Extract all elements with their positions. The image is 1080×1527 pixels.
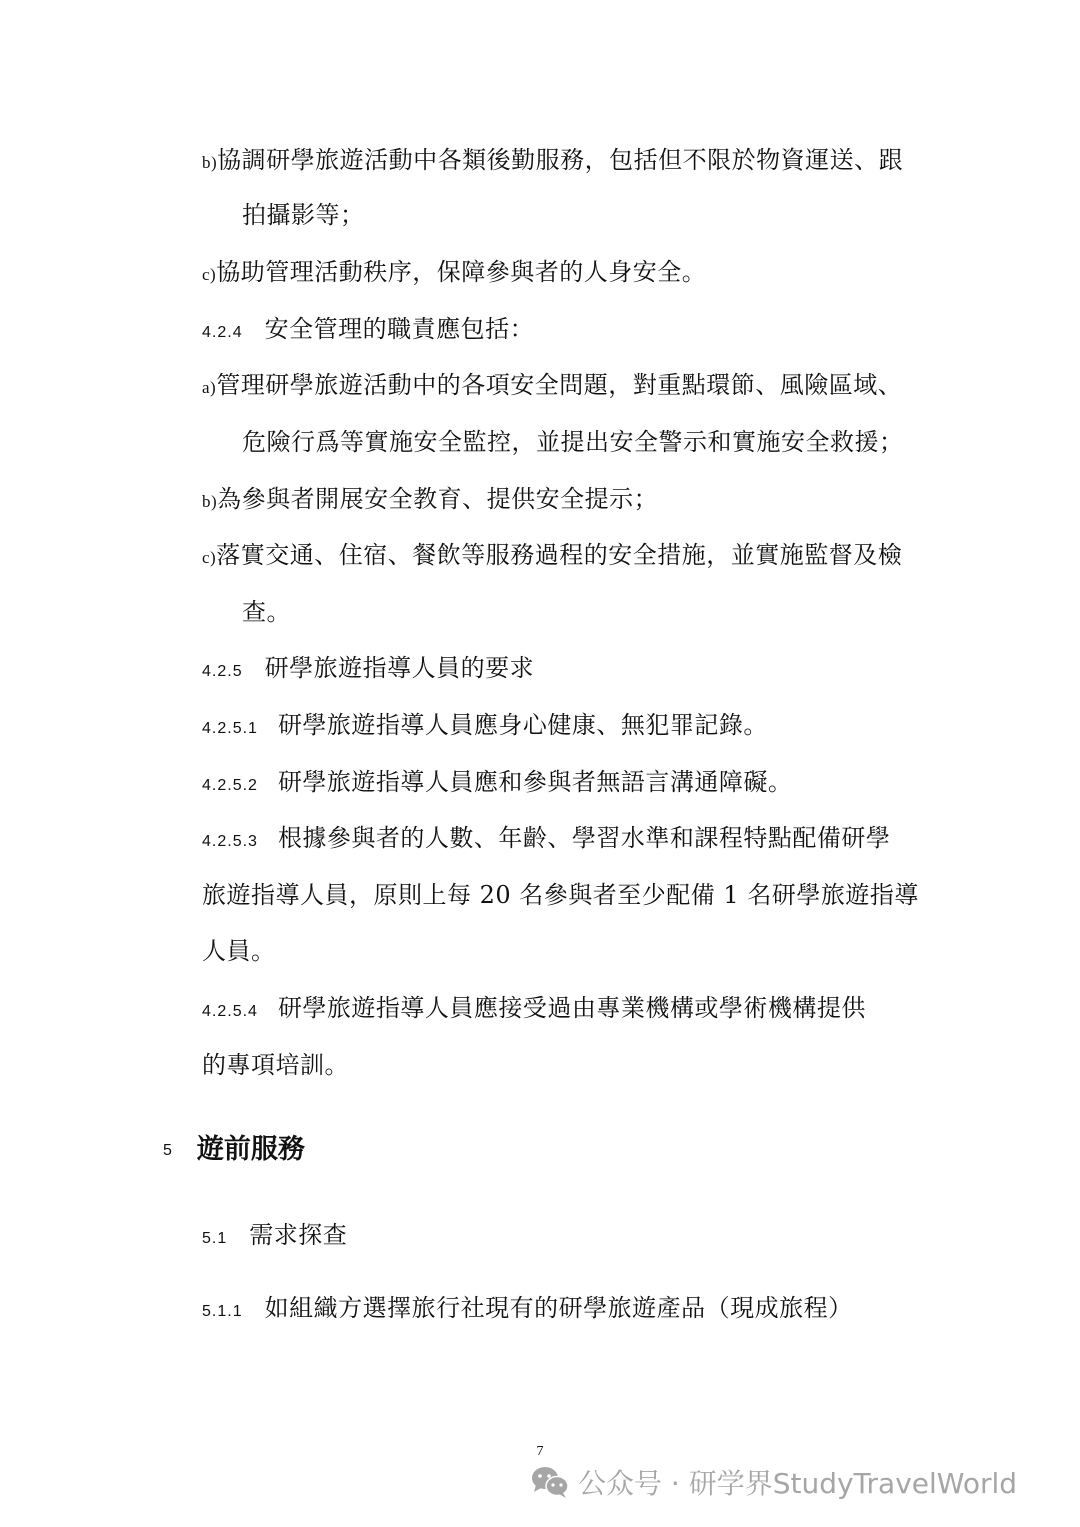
paragraph-text: 協助管理活動秩序，保障參與者的人身安全。 (216, 258, 706, 286)
clause-4-2-5-3: 4.2.5.3根據參與者的人數、年齡、學習水準和課程特點配備研學 (202, 823, 890, 857)
paragraph-text: 協調研學旅遊活動中各類後勤服務，包括但不限於物資運送、跟 (217, 146, 903, 174)
list-item-continuation: 危險行爲等實施安全監控，並提出安全警示和實施安全救援； (242, 427, 904, 457)
clause-number: 5.1 (202, 1224, 227, 1254)
clause-text: 安全管理的職責應包括： (265, 315, 535, 343)
clause-text: 根據參與者的人數、年齡、學習水準和課程特點配備研學 (278, 824, 891, 852)
clause-text: 研學旅遊指導人員應接受過由專業機構或學術機構提供 (278, 994, 866, 1022)
clause-text: 旅遊指導人員，原則上每 20 名參與者至少配備 1 名研學旅遊指導 (202, 881, 919, 909)
list-item-b-education: b)為參與者開展安全教育、提供安全提示； (202, 484, 658, 517)
list-item-continuation: 拍攝影等； (242, 200, 365, 230)
list-item-b-logistics: b)協調研學旅遊活動中各類後勤服務，包括但不限於物資運送、跟 (202, 145, 903, 178)
clause-5-1-1: 5.1.1如組織方選擇旅行社現有的研學旅遊產品（現成旅程） (202, 1293, 853, 1327)
section-number: 5 (163, 1134, 173, 1168)
clause-number: 4.2.5.1 (202, 714, 258, 744)
clause-text: 研學旅遊指導人員應和參與者無語言溝通障礙。 (278, 768, 793, 796)
clause-number: 4.2.5 (202, 657, 243, 687)
clause-text: 研學旅遊指導人員應身心健康、無犯罪記錄。 (278, 711, 768, 739)
clause-text: 的專項培訓。 (202, 1051, 349, 1079)
clause-text: 人員。 (202, 937, 276, 965)
clause-4-2-5-1: 4.2.5.1研學旅遊指導人員應身心健康、無犯罪記錄。 (202, 710, 768, 744)
section-heading-5: 5遊前服務 (163, 1133, 305, 1168)
list-marker: b) (202, 153, 217, 172)
list-marker: c) (202, 265, 216, 284)
list-item-continuation: 查。 (242, 597, 291, 627)
clause-number: 4.2.5.3 (202, 827, 258, 857)
section-title: 遊前服務 (197, 1134, 305, 1165)
list-marker: a) (202, 378, 216, 397)
paragraph-text: 危險行爲等實施安全監控，並提出安全警示和實施安全救援； (242, 428, 904, 456)
paragraph-text: 查。 (242, 598, 291, 626)
clause-4-2-5: 4.2.5研學旅遊指導人員的要求 (202, 653, 534, 687)
clause-number: 5.1.1 (202, 1297, 243, 1327)
list-item-c-order: c)協助管理活動秩序，保障參與者的人身安全。 (202, 257, 706, 290)
list-item-a-safety: a)管理研學旅遊活動中的各項安全問題，對重點環節、風險區域、 (202, 370, 902, 403)
clause-number: 4.2.5.4 (202, 997, 258, 1027)
clause-continuation: 人員。 (202, 936, 276, 966)
list-marker: c) (202, 548, 216, 567)
paragraph-text: 拍攝影等； (242, 201, 365, 229)
wechat-icon (530, 1465, 570, 1499)
clause-number: 4.2.4 (202, 318, 243, 348)
paragraph-text: 管理研學旅遊活動中的各項安全問題，對重點環節、風險區域、 (216, 371, 902, 399)
clause-5-1: 5.1需求探查 (202, 1220, 347, 1254)
list-marker: b) (202, 492, 217, 511)
paragraph-text: 為參與者開展安全教育、提供安全提示； (217, 485, 658, 513)
wechat-watermark: 公众号 · 研学界StudyTravelWorld (530, 1462, 1017, 1502)
watermark-text: 公众号 · 研学界StudyTravelWorld (578, 1462, 1017, 1502)
clause-4-2-4: 4.2.4安全管理的職責應包括： (202, 314, 534, 348)
clause-4-2-5-2: 4.2.5.2研學旅遊指導人員應和參與者無語言溝通障礙。 (202, 767, 792, 801)
clause-text: 如組織方選擇旅行社現有的研學旅遊產品（現成旅程） (265, 1294, 853, 1322)
clause-number: 4.2.5.2 (202, 771, 258, 801)
page-number: 7 (0, 1444, 1080, 1460)
clause-text: 需求探查 (249, 1221, 347, 1249)
list-item-c-measures: c)落實交通、住宿、餐飲等服務過程的安全措施，並實施監督及檢 (202, 540, 902, 573)
clause-continuation: 的專項培訓。 (202, 1050, 349, 1080)
clause-text: 研學旅遊指導人員的要求 (265, 654, 535, 682)
clause-continuation: 旅遊指導人員，原則上每 20 名參與者至少配備 1 名研學旅遊指導 (202, 880, 919, 910)
paragraph-text: 落實交通、住宿、餐飲等服務過程的安全措施，並實施監督及檢 (216, 541, 902, 569)
clause-4-2-5-4: 4.2.5.4研學旅遊指導人員應接受過由專業機構或學術機構提供 (202, 993, 866, 1027)
